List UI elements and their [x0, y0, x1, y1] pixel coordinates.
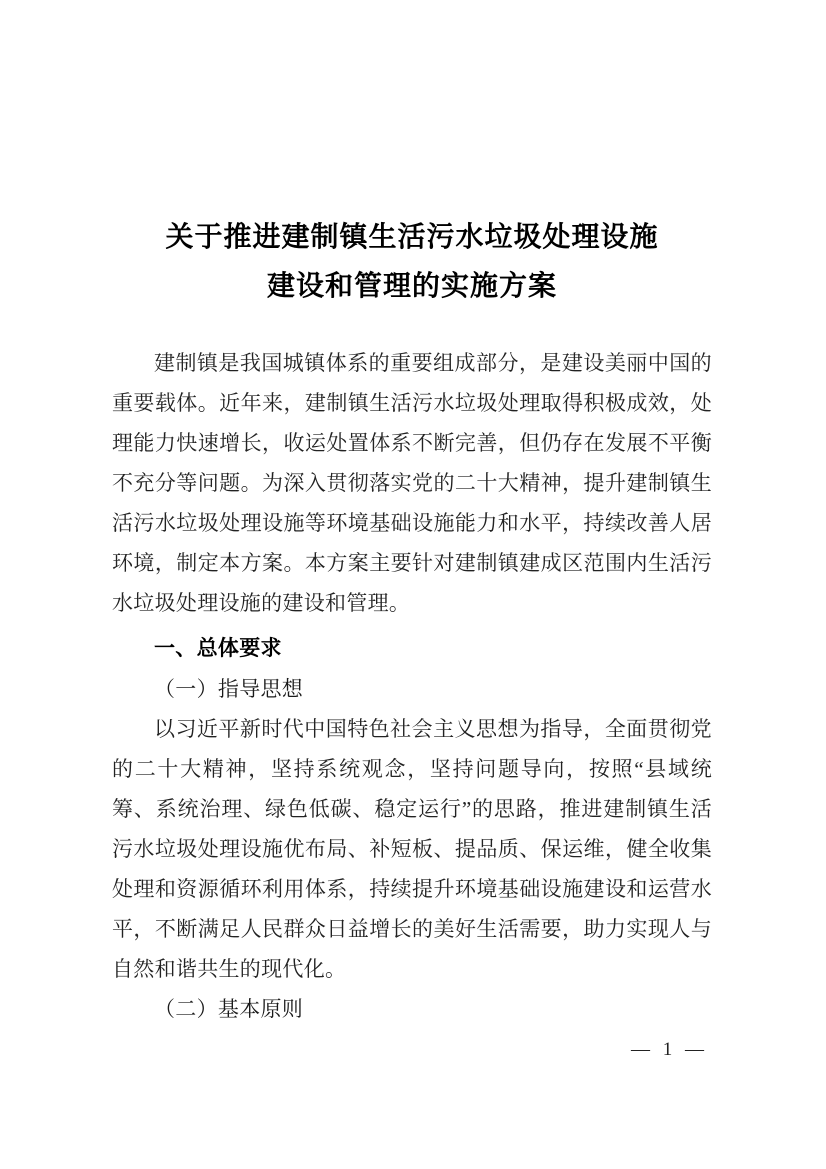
document-page: 关于推进建制镇生活污水垃圾处理设施 建设和管理的实施方案 建制镇是我国城镇体系的…	[0, 0, 826, 1169]
section-heading-overall-requirements: 一、总体要求	[112, 629, 712, 669]
subheading-basic-principles: （二）基本原则	[112, 989, 712, 1029]
page-number: — 1 —	[631, 1038, 708, 1062]
document-title: 关于推进建制镇生活污水垃圾处理设施 建设和管理的实施方案	[112, 213, 712, 311]
subheading-guiding-ideology: （一）指导思想	[112, 669, 712, 709]
document-title-line-1: 关于推进建制镇生活污水垃圾处理设施	[112, 213, 712, 262]
document-body: 建制镇是我国城镇体系的重要组成部分，是建设美丽中国的重要载体。近年来，建制镇生活…	[112, 343, 712, 1029]
document-content: 关于推进建制镇生活污水垃圾处理设施 建设和管理的实施方案 建制镇是我国城镇体系的…	[112, 213, 712, 1029]
document-title-line-2: 建设和管理的实施方案	[112, 262, 712, 311]
paragraph-intro: 建制镇是我国城镇体系的重要组成部分，是建设美丽中国的重要载体。近年来，建制镇生活…	[112, 343, 712, 623]
paragraph-guiding-ideology: 以习近平新时代中国特色社会主义思想为指导，全面贯彻党的二十大精神，坚持系统观念，…	[112, 709, 712, 989]
